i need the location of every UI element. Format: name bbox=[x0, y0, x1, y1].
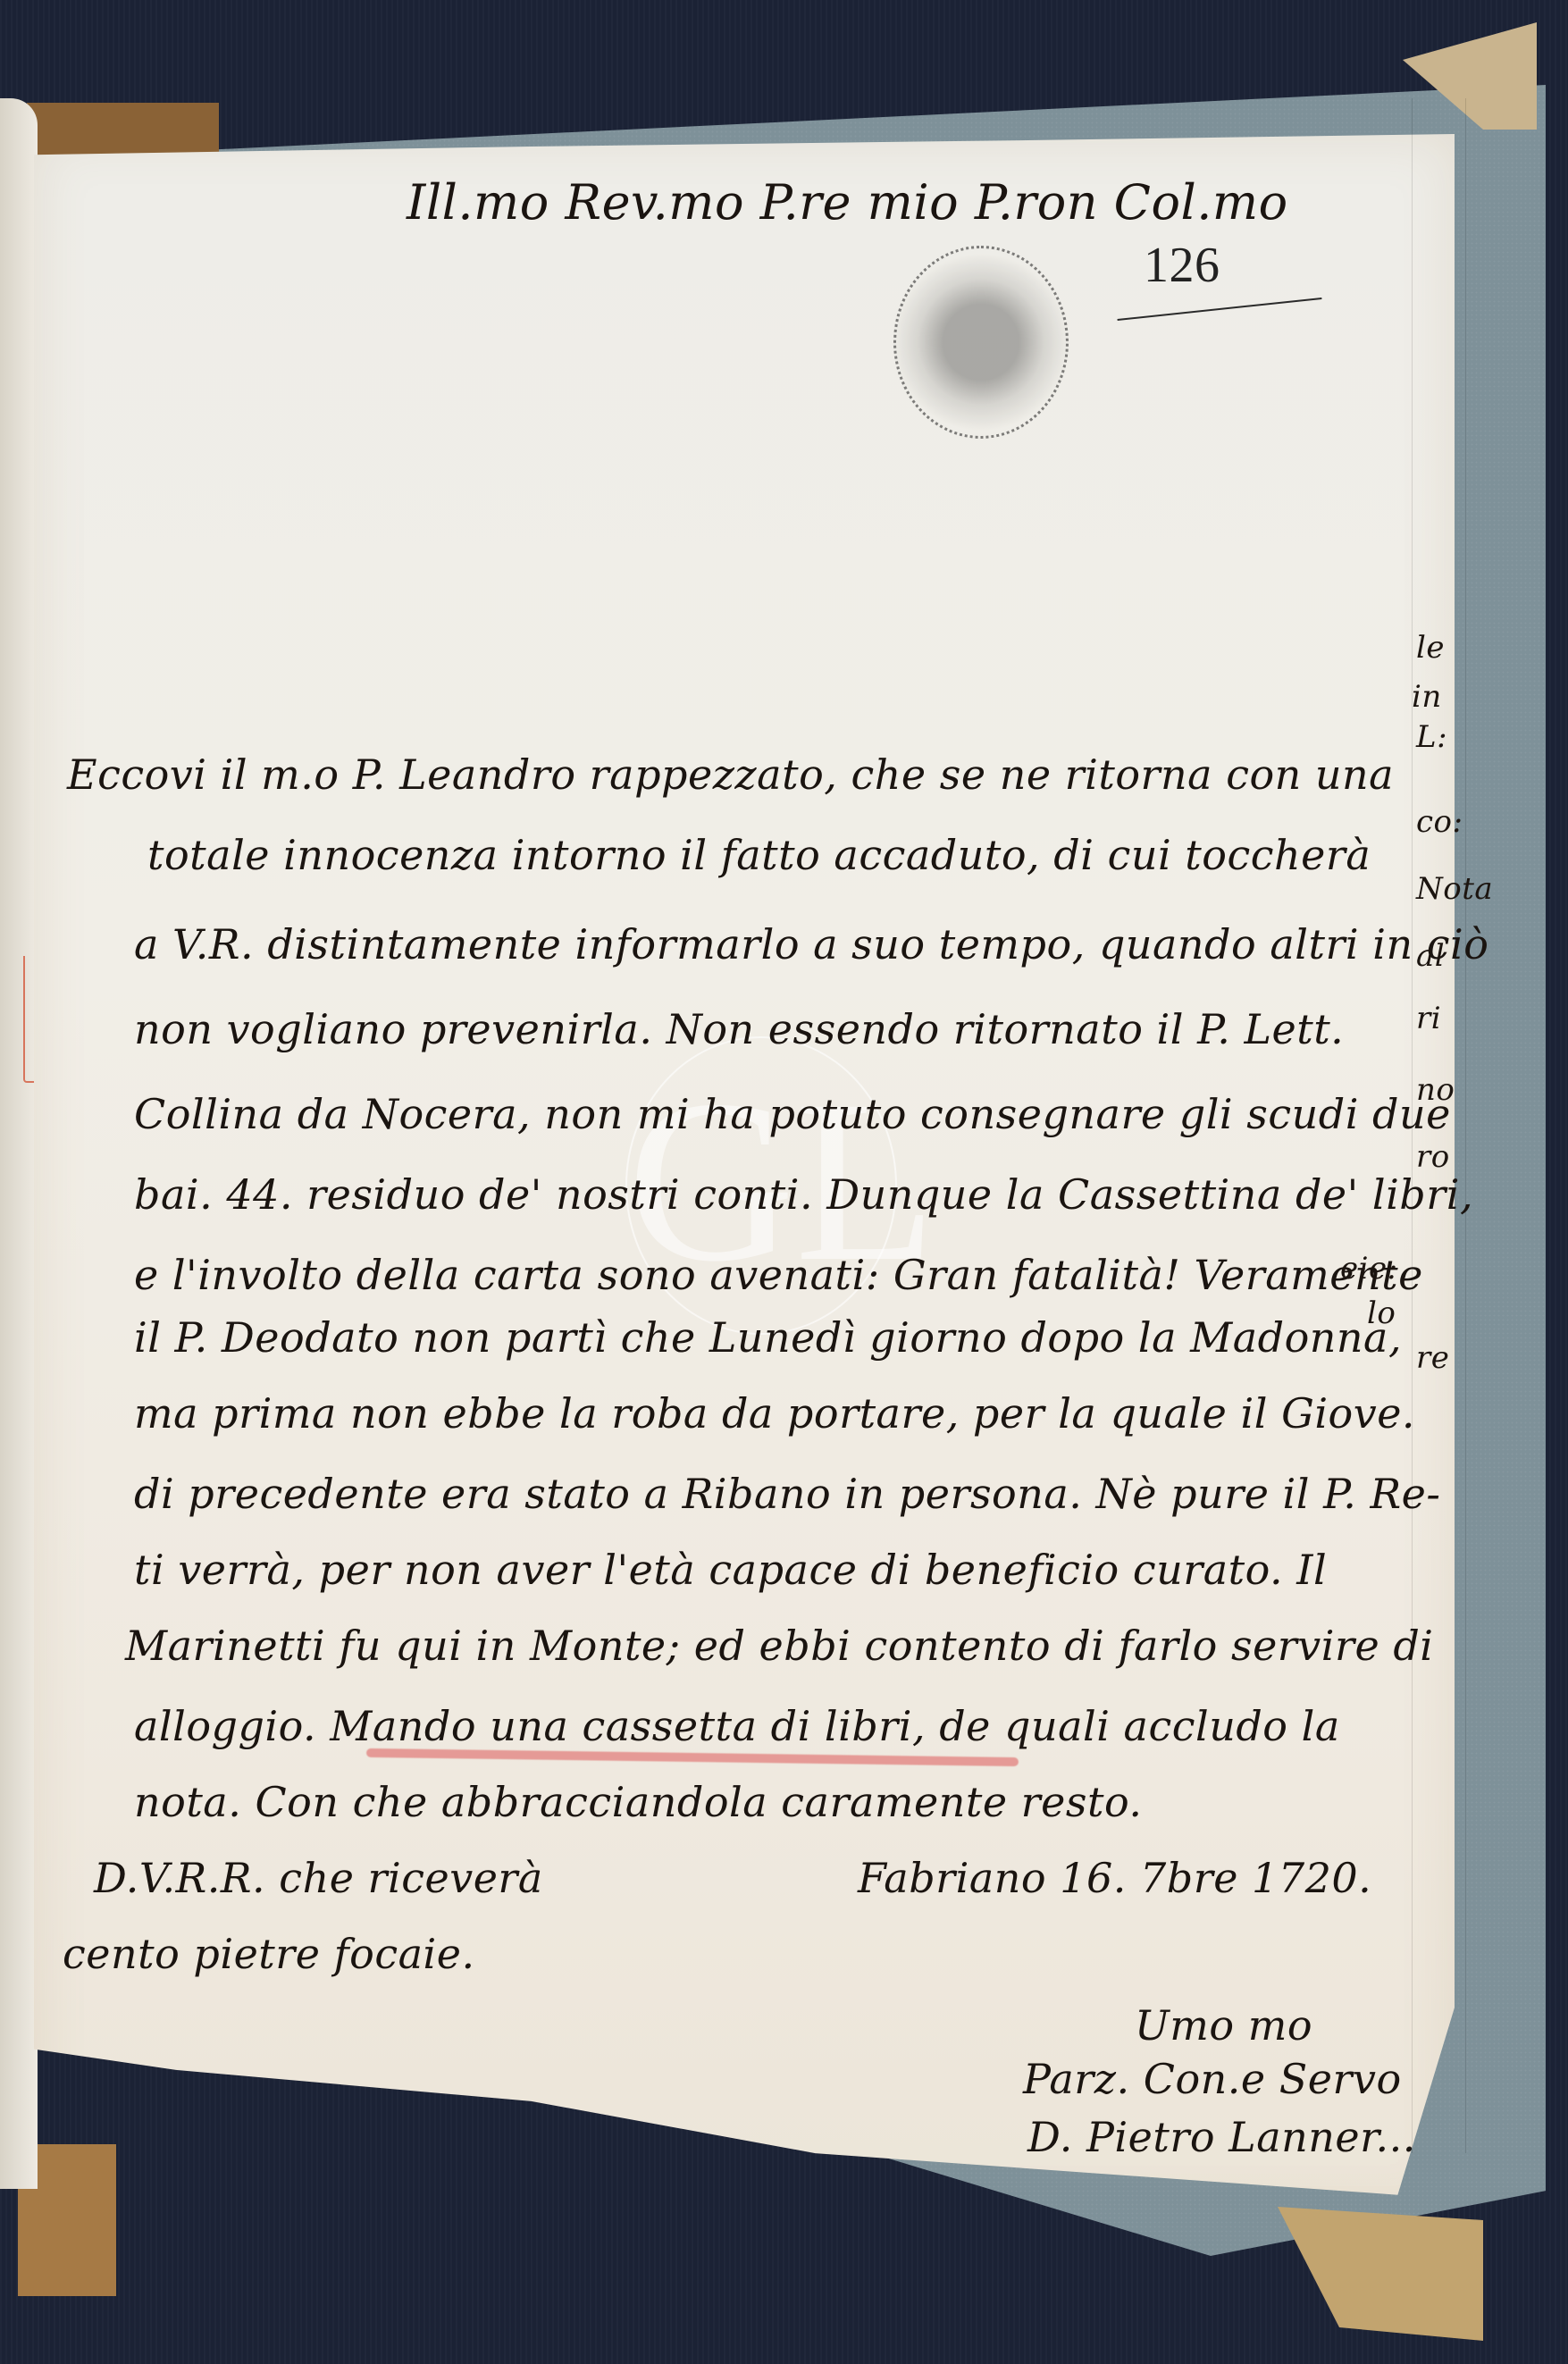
body-line: e l'involto della carta sono avenati: Gr… bbox=[134, 1251, 1423, 1299]
body-line: Eccovi il m.o P. Leandro rappezzato, che… bbox=[67, 750, 1394, 799]
body-line: Marinetti fu qui in Monte; ed ebbi conte… bbox=[125, 1622, 1434, 1670]
body-line: totale innocenza intorno il fatto accadu… bbox=[147, 831, 1371, 879]
body-line: alloggio. Mando una cassetta di libri, d… bbox=[134, 1702, 1340, 1750]
salutation: Ill.mo Rev.mo P.re mio P.ron Col.mo bbox=[407, 174, 1288, 231]
body-line: bai. 44. residuo de' nostri conti. Dunqu… bbox=[134, 1170, 1473, 1219]
body-line: ti verrà, per non aver l'età capace di b… bbox=[134, 1546, 1327, 1594]
body-line: di precedente era stato a Ribano in pers… bbox=[134, 1470, 1440, 1518]
closing-line: Umo mo bbox=[1135, 2001, 1312, 2050]
margin-fragment: al bbox=[1416, 938, 1445, 974]
body-line: Collina da Nocera, non mi ha potuto cons… bbox=[134, 1090, 1451, 1138]
margin-fragment: eie: bbox=[1340, 1251, 1398, 1287]
closing-line: Parz. Con.e Servo bbox=[1023, 2055, 1402, 2103]
body-line: non vogliano prevenirla. Non essendo rit… bbox=[134, 1005, 1344, 1053]
body-line: ma prima non ebbe la roba da portare, pe… bbox=[134, 1389, 1415, 1438]
body-line: a V.R. distintamente informarlo a suo te… bbox=[134, 920, 1488, 968]
margin-fragment: re bbox=[1416, 1340, 1449, 1376]
place-date: Fabriano 16. 7bre 1720. bbox=[858, 1854, 1371, 1902]
margin-fragment: lo bbox=[1367, 1295, 1396, 1331]
page-edge-fold bbox=[1465, 98, 1482, 2153]
margin-fragment: ro bbox=[1416, 1139, 1450, 1175]
margin-fragment: co: bbox=[1416, 804, 1463, 840]
archive-stamp-icon bbox=[893, 246, 1069, 439]
body-line: nota. Con che abbracciandola caramente r… bbox=[134, 1778, 1142, 1826]
corner-tape-bottom-right bbox=[1278, 2207, 1483, 2341]
body-line: il P. Deodato non partì che Lunedì giorn… bbox=[134, 1313, 1402, 1362]
margin-fragment: ri bbox=[1416, 1001, 1441, 1036]
postscript-line: cento pietre focaie. bbox=[63, 1930, 475, 1978]
margin-fragment: no bbox=[1416, 1072, 1455, 1108]
margin-fragment: in bbox=[1412, 679, 1442, 715]
signature-name: D. Pietro Lanner... bbox=[1027, 2113, 1416, 2161]
margin-fragment: le bbox=[1416, 630, 1445, 666]
margin-fragment: Nota bbox=[1416, 871, 1493, 907]
postscript-line: D.V.R.R. che riceverà bbox=[94, 1854, 543, 1902]
folio-number: 126 bbox=[1144, 237, 1220, 294]
margin-fragment: L: bbox=[1416, 719, 1447, 755]
facing-page-edge bbox=[0, 98, 38, 2189]
